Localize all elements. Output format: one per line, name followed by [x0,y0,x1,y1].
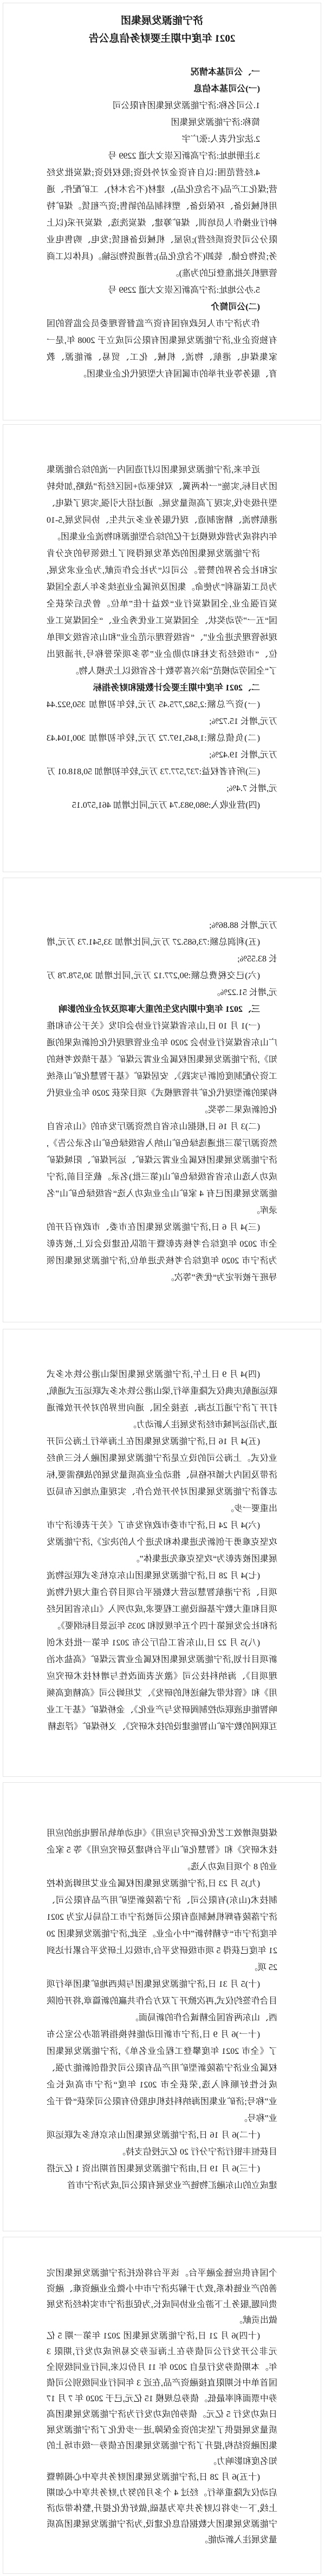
paragraph: 济宁能源发展集团的改革发展得到了上级领导的充分肯定和社会各界的赞誉。公司以“为社… [47,545,277,680]
mirrored-page-content: 济宁能源发展集团2021 年度中期主要财务信息公告一、公司基本情况(一)公司基本… [3,3,321,420]
paragraph: (十二)6 月 16 日,济宁能源发展集团山东京杭多式联运项目获恒丰银行济宁分行… [47,2127,277,2160]
mirrored-page-content: 近年来,济宁能源发展集团以打造国内一流的综合能源集团为目标,实施“一体两翼、双轮… [3,425,321,872]
page-5: 煤提质增效工艺优化研究与应用》《电动单轨吊锂电池的应用技术研究》和《智慧化矿山平… [3,1782,321,2231]
paragraph: (十一)6 月 9 日,济宁市新旧动能转换指挥部办公室公布了《全市 2021 年… [47,2026,277,2127]
paragraph: (四)营业收入:980,983.74 万元,同比增加 461,570.15 [47,797,277,814]
paragraph: 1.公司名称:济宁能源发展集团有限公司 [47,97,277,114]
paragraph: 作为济宁市人民政府国有资产监督管理委员会监管的国有独资企业,济宁能源发展集团有限… [47,315,277,383]
paragraph: (八)5 月 22 日,山东省工信厅公布 2021 年第一批技术创新项目计划,济… [47,1635,277,1735]
paragraph: (一)资产总额:2,582,775.45 万元,较年初增加 350,922.44… [47,696,277,730]
mirrored-page-content: (四)4 月 9 日上午,济宁能源发展集团梁山港公铁水多式联运通航庆典仪式隆重举… [3,1329,321,1776]
paragraph: (十五)6 月 28 日,济宁能源发展集团财务共享中心揭牌暨启动仪式隆重举行。经… [47,2469,277,2548]
paragraph: 5.办公地址:济宁高新区崇文大道 2299 号 [47,282,277,299]
section-heading: 一、公司基本情况 [47,64,277,81]
paragraph: (十三)6 月 19 日,由济宁能源发展集团首期出资 1 亿元搭建成立的山东融汇… [47,2160,277,2194]
mirrored-page-content: 个国有供应链金融平台。该平台将依托济宁能源发展集团完善的产业链体系,致力于解决济… [3,2237,321,2573]
doc-title-line: 济宁能源发展集团 [47,12,277,30]
section-heading: (一)公司基本信息 [47,81,277,97]
paragraph: 简称:济宁能源发展集团 [47,114,277,131]
paragraph: 2.法定代表人:张广宇 [47,131,277,148]
page-2: 近年来,济宁能源发展集团以打造国内一流的综合能源集团为目标,实施“一体两翼、双轮… [3,424,321,872]
doc-title-line: 2021 年度中期主要财务信息公告 [47,30,277,48]
section-heading: 三、2021 年度中期内发生的重大事项及对企业的影响 [47,1001,277,1018]
paragraph: 4.经营范围:以自有资金对外投资;股权投资;煤炭批发经营;煤化工产品(不含危化品… [47,164,277,282]
paragraph: (三)4 月 6 日,济宁能源发展集团在市委、市政府召开的全市 2020 年度综… [47,1219,277,1286]
paragraph: (五)4 月 16 日,济宁能源发展集团在上海举行上海公司开业仪式。上海公司的设… [47,1433,277,1517]
paragraph: (二)负债总额:1,845,197.72 万元,较年初增加 300,104.43… [47,730,277,763]
paragraph: (十四)6 月 21 日,济宁能源发展集团 2021 年第一期 5 亿元非公开发… [47,2328,277,2469]
paragraph: (三)所有者权益:737,577.73 万元,较年初增加 50,818.01 万… [47,763,277,797]
mirrored-page-content: 煤提质增效工艺优化研究与应用》《电动单轨吊锂电池的应用技术研究》和《智慧化矿山平… [3,1783,321,2231]
paragraph-continuation: 煤提质增效工艺优化研究与应用》《电动单轨吊锂电池的应用技术研究》和《智慧化矿山平… [47,1825,277,1875]
paragraph: 近年来,济宁能源发展集团以打造国内一流的综合能源集团为目标,实施“一体两翼、双轮… [47,462,277,545]
page-1: 济宁能源发展集团2021 年度中期主要财务信息公告一、公司基本情况(一)公司基本… [3,3,321,420]
section-heading: (二)公司简介 [47,299,277,315]
section-heading: 二、2021 年度中期主要会计数据和财务指标 [47,680,277,696]
paragraph: (二)3 月 16 日,根据山东省自然资源厅发布的《山东省自然资源厅第三批遴选绿… [47,1118,277,1219]
paragraph: (六)已交税费总额:90,277.12 万元,同比增加 30,578.78 万元… [47,967,277,1001]
paragraph: (六)4 月 24 日,济宁市委市政府发布了《关于表彰济宁市攻坚克难勇于创新先进… [47,1517,277,1567]
page-6: 个国有供应链金融平台。该平台将依托济宁能源发展集团完善的产业链体系,致力于解决济… [3,2237,321,2574]
paragraph: (七)4 月 28 日,济宁能源发展集团山东京杭多式联运物流项目、济宁港航智慧运… [47,1567,277,1635]
mirrored-page-content: 万元,增长 88.86%;(五)利润总额:73,685.27 万元,同比增加 3… [3,878,321,1322]
paragraph-continuation: 万元,增长 88.86%; [47,917,277,934]
paragraph-continuation: 个国有供应链金融平台。该平台将依托济宁能源发展集团完善的产业链体系,致力于解决济… [47,2265,277,2328]
paragraph: 3.注册地址:济宁高新区崇文大道 2299 号 [47,148,277,164]
paragraph: (四)4 月 9 日上午,济宁能源发展集团梁山港公铁水多式联运通航庆典仪式隆重举… [47,1366,277,1433]
paragraph: (十)5 月 31 日,济宁能源发展集团与陕西地矿集团举行项目合作签约仪式,再次… [47,1976,277,2026]
page-4: (四)4 月 9 日上午,济宁能源发展集团梁山港公铁水多式联运通航庆典仪式隆重举… [3,1329,321,1777]
page-3: 万元,增长 88.86%;(五)利润总额:73,685.27 万元,同比增加 3… [3,878,321,1322]
paragraph: (五)利润总额:73,685.27 万元,同比增加 33,541.73 万元,增… [47,934,277,967]
paragraph: (一)1 月 10 日,山东省煤炭行业协会印发《关于公布和推广山东省煤炭行业协会… [47,1018,277,1118]
paragraph: (九)5 月 23 日,济宁能源发展集团权属企业艾坦姆流体控制技术(山东)有限公… [47,1875,277,1976]
